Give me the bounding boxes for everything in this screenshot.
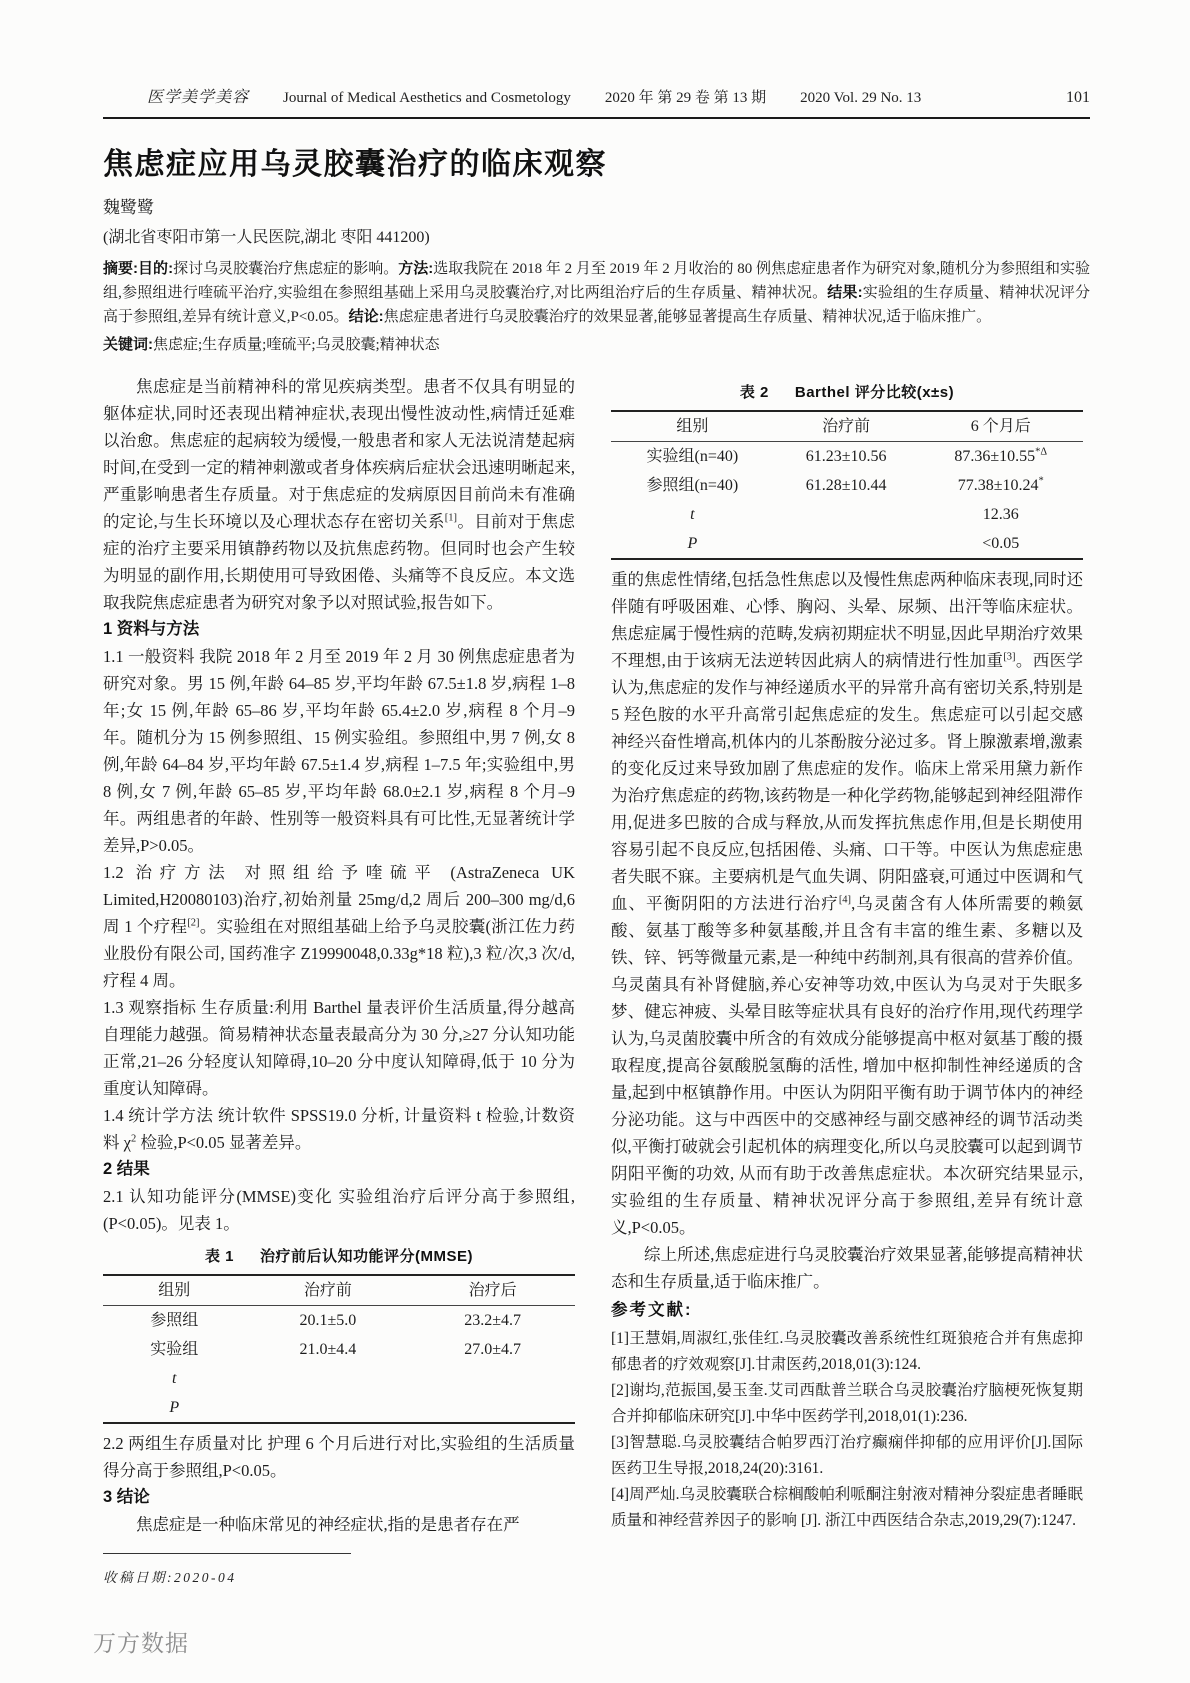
- significance-marker: *Δ: [1035, 446, 1047, 457]
- abstract-label: 摘要:: [103, 260, 138, 277]
- section-2-1-paragraph: 2.1 认知功能评分(MMSE)变化 实验组治疗后评分高于参照组,(P<0.05…: [103, 1183, 575, 1237]
- section-1-heading: 1 资料与方法: [103, 616, 575, 643]
- table2-label: 表 2: [740, 384, 769, 401]
- right-column: 表 2Barthel 评分比较(x±s) 组别 治疗前 6 个月后 实验组(n=…: [611, 373, 1083, 1591]
- table2-value: 87.36±10.55: [954, 448, 1035, 465]
- table1: 组别 治疗前 治疗后 参照组 20.1±5.0 23.2±4.7 实验组 21.…: [103, 1274, 575, 1424]
- table-row: P: [103, 1393, 575, 1423]
- method-label: 方法:: [398, 260, 433, 277]
- references-list: [1]王慧娟,周淑红,张佳红.乌灵胶囊改善系统性红斑狼疮合并有焦虑抑郁患者的疗效…: [611, 1326, 1083, 1534]
- citation-2: [2]: [187, 918, 199, 929]
- significance-marker: *: [1039, 475, 1044, 486]
- table1-header-after: 治疗后: [410, 1275, 575, 1306]
- author-affiliation: (湖北省枣阳市第一人民医院,湖北 枣阳 441200): [103, 224, 1090, 247]
- received-date: 收稿日期:2020-04: [103, 1564, 575, 1591]
- table1-header-group: 组别: [103, 1275, 245, 1306]
- issue-info-en: 2020 Vol. 29 No. 13: [800, 90, 921, 107]
- table1-header-row: 组别 治疗前 治疗后: [103, 1275, 575, 1306]
- table1-title: 治疗前后认知功能评分(MMSE): [260, 1248, 473, 1265]
- table2-title: Barthel 评分比较(x±s): [795, 384, 954, 401]
- citation-4: [4]: [839, 895, 851, 906]
- conclusion-text: 焦虑症患者进行乌灵胶囊治疗的效果显著,能够显著提高生存质量、精神状况,适于临床推…: [384, 309, 992, 325]
- left-column: 焦虑症是当前精神科的常见疾病类型。患者不仅具有明显的躯体症状,同时还表现出精神症…: [103, 373, 575, 1591]
- keywords-label: 关键词:: [103, 336, 153, 353]
- section-1-1-paragraph: 1.1 一般资料 我院 2018 年 2 月至 2019 年 2 月 30 例焦…: [103, 643, 575, 859]
- article-title: 焦虑症应用乌灵胶囊治疗的临床观察: [103, 139, 1090, 183]
- table2-header-after6m: 6 个月后: [919, 411, 1083, 442]
- section-1-4-paragraph: 1.4 统计学方法 统计软件 SPSS19.0 分析, 计量资料 t 检验,计数…: [103, 1102, 575, 1156]
- table2-caption: 表 2Barthel 评分比较(x±s): [611, 379, 1083, 406]
- journal-page: 医学美学美容 Journal of Medical Aesthetics and…: [0, 0, 1190, 1683]
- table2-header-before: 治疗前: [774, 411, 919, 442]
- article-body: 焦虑症是当前精神科的常见疾病类型。患者不仅具有明显的躯体症状,同时还表现出精神症…: [103, 373, 1090, 1591]
- conclusion-label: 结论:: [349, 308, 384, 325]
- received-footnote: 收稿日期:2020-04: [103, 1547, 575, 1591]
- citation-1: [1]: [445, 513, 457, 524]
- wanfang-watermark: 万方数据: [93, 1625, 189, 1658]
- intro-paragraph: 焦虑症是当前精神科的常见疾病类型。患者不仅具有明显的躯体症状,同时还表现出精神症…: [103, 373, 575, 616]
- section-3-heading: 3 结论: [103, 1484, 575, 1511]
- table1-label: 表 1: [205, 1248, 234, 1265]
- table2: 组别 治疗前 6 个月后 实验组(n=40) 61.23±10.56 87.36…: [611, 410, 1083, 560]
- table-row: 实验组(n=40) 61.23±10.56 87.36±10.55*Δ: [611, 442, 1083, 472]
- table2-header-group: 组别: [611, 411, 774, 442]
- table-row: 参照组(n=40) 61.28±10.44 77.38±10.24*: [611, 471, 1083, 500]
- objective-text: 探讨乌灵胶囊治疗焦虑症的影响。: [173, 261, 398, 277]
- table-row: 参照组 20.1±5.0 23.2±4.7: [103, 1306, 575, 1336]
- result-label: 结果:: [827, 284, 862, 301]
- reference-item: [4]周严灿.乌灵胶囊联合棕榈酸帕利哌酮注射液对精神分裂症患者睡眠质量和神经营养…: [611, 1482, 1083, 1534]
- table1-caption: 表 1治疗前后认知功能评分(MMSE): [103, 1243, 575, 1270]
- journal-header: 医学美学美容 Journal of Medical Aesthetics and…: [103, 84, 1090, 119]
- section-3-paragraph: 焦虑症是一种临床常见的神经症状,指的是患者存在严: [103, 1511, 575, 1538]
- page-number: 101: [1066, 89, 1090, 107]
- table-row: t 12.36: [611, 500, 1083, 529]
- reference-item: [2]谢均,范振国,晏玉奎.艾司西酞普兰联合乌灵胶囊治疗脑梗死恢复期合并抑郁临床…: [611, 1378, 1083, 1430]
- issue-info-cn: 2020 年 第 29 卷 第 13 期: [605, 86, 766, 107]
- table1-header-before: 治疗前: [245, 1275, 410, 1306]
- s14-text-b: 检验,P<0.05 显著差异。: [136, 1133, 311, 1152]
- keywords-text: 焦虑症;生存质量;喹硫平;乌灵胶囊;精神状态: [153, 337, 440, 353]
- section-1-2-paragraph: 1.2 治疗方法 对照组给予喹硫平 (AstraZeneca UK Limite…: [103, 859, 575, 994]
- table-row: P <0.05: [611, 529, 1083, 559]
- references-heading: 参考文献:: [611, 1297, 1083, 1324]
- reference-item: [3]智慧聪.乌灵胶囊结合帕罗西汀治疗癫痫伴抑郁的应用评价[J].国际医药卫生导…: [611, 1430, 1083, 1482]
- journal-name-en: Journal of Medical Aesthetics and Cosmet…: [283, 90, 571, 107]
- section-1-3-paragraph: 1.3 观察指标 生存质量:利用 Barthel 量表评价生活质量,得分越高自理…: [103, 994, 575, 1102]
- keywords: 关键词:焦虑症;生存质量;喹硫平;乌灵胶囊;精神状态: [103, 333, 1090, 357]
- footnote-divider: [103, 1553, 351, 1554]
- citation-3: [3]: [1003, 652, 1015, 663]
- author-name: 魏鹭鹭: [103, 193, 1090, 218]
- table-row: t: [103, 1364, 575, 1393]
- table2-header-row: 组别 治疗前 6 个月后: [611, 411, 1083, 442]
- discussion-text-b: 。西医学认为,焦虑症的发作与神经递质水平的异常升高有密切关系,特别是 5 羟色胺…: [611, 651, 1083, 913]
- table-row: 实验组 21.0±4.4 27.0±4.7: [103, 1335, 575, 1364]
- table2-value: 77.38±10.24: [958, 477, 1039, 494]
- discussion-paragraph: 重的焦虑性情绪,包括急性焦虑以及慢性焦虑两种临床表现,同时还伴随有呼吸困难、心悸…: [611, 566, 1083, 1241]
- discussion-text-c: ,乌灵菌含有人体所需要的赖氨酸、氨基丁酸等多种氨基酸,并且含有丰富的维生素、多糖…: [611, 894, 1083, 1237]
- abstract: 摘要:目的:探讨乌灵胶囊治疗焦虑症的影响。方法:选取我院在 2018 年 2 月…: [103, 257, 1090, 329]
- objective-label: 目的:: [138, 260, 173, 277]
- reference-item: [1]王慧娟,周淑红,张佳红.乌灵胶囊改善系统性红斑狼疮合并有焦虑抑郁患者的疗效…: [611, 1326, 1083, 1378]
- journal-name-cn: 医学美学美容: [147, 84, 249, 107]
- summary-paragraph: 综上所述,焦虑症进行乌灵胶囊治疗效果显著,能够提高精神状态和生存质量,适于临床推…: [611, 1241, 1083, 1295]
- section-2-heading: 2 结果: [103, 1156, 575, 1183]
- intro-text-a: 焦虑症是当前精神科的常见疾病类型。患者不仅具有明显的躯体症状,同时还表现出精神症…: [103, 377, 575, 531]
- section-2-2-paragraph: 2.2 两组生存质量对比 护理 6 个月后进行对比,实验组的生活质量得分高于参照…: [103, 1430, 575, 1484]
